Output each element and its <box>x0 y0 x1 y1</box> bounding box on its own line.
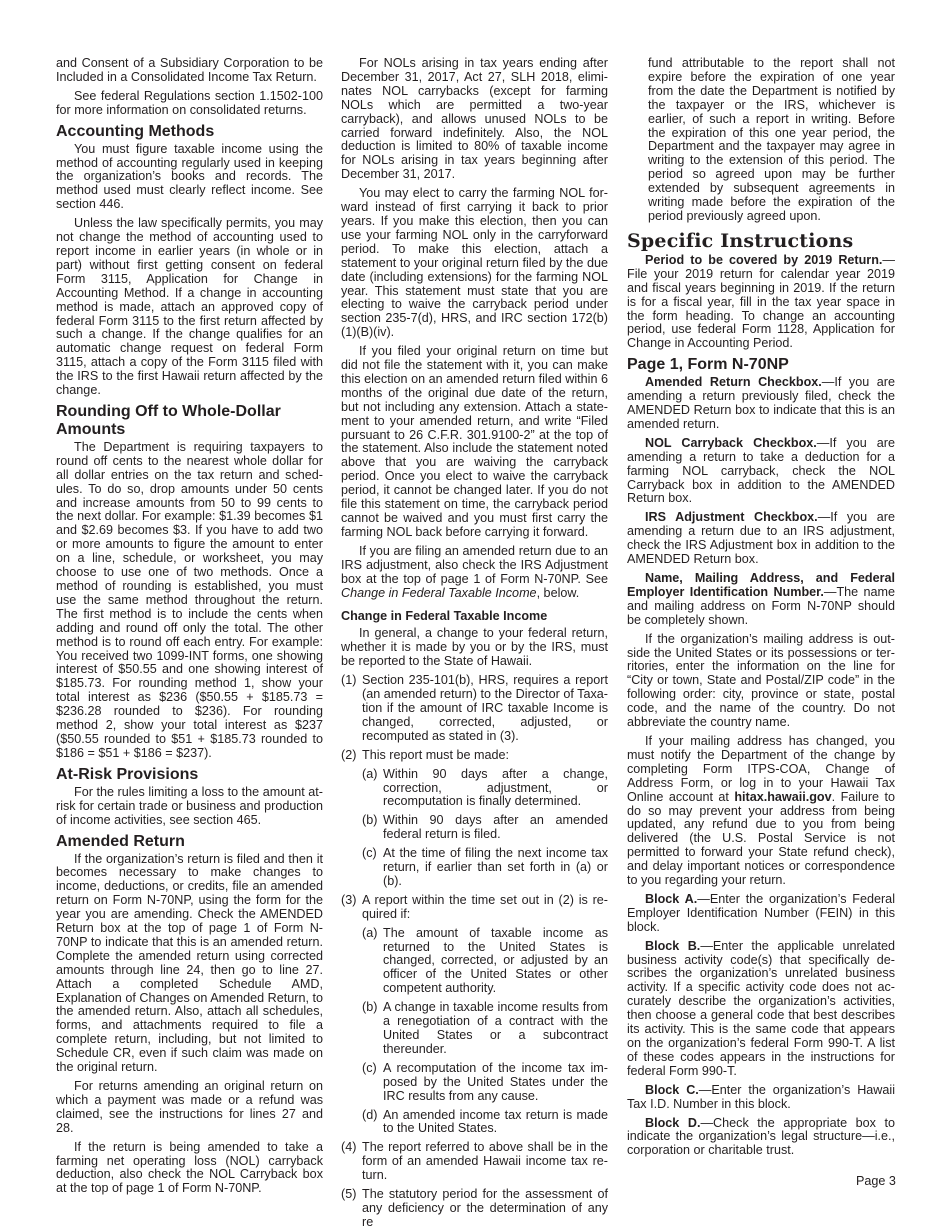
list-text: A change in taxable income results from … <box>383 1000 608 1056</box>
list-item-2b: (b)Within 90 days after an amended feder… <box>341 814 608 842</box>
list-text: The amount of taxable income as returned… <box>383 926 608 996</box>
list-number: (d) <box>362 1109 377 1123</box>
list-number: (1) <box>341 674 356 688</box>
list-number: (b) <box>362 814 377 828</box>
list-number: (3) <box>341 894 356 908</box>
amended-checkbox-run-in: Amended Return Checkbox. <box>645 375 822 389</box>
amended-paragraph-1: If the organization’s return is filed an… <box>56 853 323 1076</box>
list-number: (c) <box>362 847 377 861</box>
outside-us-paragraph: If the organization’s mailing address is… <box>627 633 895 730</box>
block-d-run-in: Block D. <box>645 1116 700 1130</box>
irs-checkbox-run-in: IRS Adjustment Checkbox. <box>645 510 818 524</box>
list-number: (4) <box>341 1141 356 1155</box>
page-number: Page 3 <box>856 1174 896 1188</box>
nol-paragraph-1: For NOLs arising in tax years ending aft… <box>341 57 608 182</box>
nol-paragraph-3: If you filed your original return on tim… <box>341 345 608 540</box>
irs-adjustment-tail: , below. <box>537 586 580 600</box>
period-run-in: Period to be covered by 2019 Return. <box>645 253 882 267</box>
amended-checkbox-paragraph: Amended Return Checkbox.—If you are amen… <box>627 376 895 432</box>
list-number: (5) <box>341 1188 356 1202</box>
nol-paragraph-2: You may elect to carry the farming NOL f… <box>341 187 608 340</box>
block-c-paragraph: Block C.—Enter the organization’s Hawaii… <box>627 1084 895 1112</box>
list-item-2a: (a)Within 90 days after a change, correc… <box>341 768 608 810</box>
heading-amended-return: Amended Return <box>56 833 323 851</box>
period-paragraph: Period to be covered by 2019 Return.—Fil… <box>627 254 895 351</box>
block-b-paragraph: Block B.—Enter the applicable unrelated … <box>627 940 895 1079</box>
list-number: (a) <box>362 927 377 941</box>
list-number: (b) <box>362 1001 377 1015</box>
irs-adjustment-text: If you are filing an amended return due … <box>341 544 608 586</box>
list-item-1: (1)Section 235-101(b), HRS, requires a r… <box>341 674 608 744</box>
amended-paragraph-2: For returns amending an original return … <box>56 1080 323 1136</box>
list-item-3c: (c)A recomputation of the income tax im­… <box>341 1062 608 1104</box>
list-item-3: (3)A report within the time set out in (… <box>341 894 608 922</box>
column-left: and Consent of a Subsidiary Corporation … <box>56 57 323 1201</box>
list-text: Section 235-101(b), HRS, requires a repo… <box>362 673 608 743</box>
address-changed-paragraph: If your mailing address has changed, you… <box>627 735 895 888</box>
list-number: (c) <box>362 1062 377 1076</box>
block-c-run-in: Block C. <box>645 1083 699 1097</box>
column-middle: For NOLs arising in tax years ending aft… <box>341 57 608 1230</box>
period-text: —File your 2019 return for calendar year… <box>627 253 895 350</box>
list-text: The statutory period for the assessment … <box>362 1187 608 1229</box>
list-text: At the time of filing the next income ta… <box>383 846 608 888</box>
nol-checkbox-paragraph: NOL Carryback Checkbox.—If you are amend… <box>627 437 895 507</box>
accounting-paragraph-2: Unless the law specifically permits, you… <box>56 217 323 398</box>
block-b-run-in: Block B. <box>645 939 700 953</box>
heading-at-risk: At-Risk Provisions <box>56 766 323 784</box>
list-item-3d: (d)An amended income tax return is made … <box>341 1109 608 1137</box>
accounting-paragraph-1: You must figure taxable income using the… <box>56 143 323 213</box>
name-address-paragraph: Name, Mailing Address, and Federal Emplo… <box>627 572 895 628</box>
heading-page1-form: Page 1, Form N-70NP <box>627 356 895 374</box>
block-b-text: —Enter the applicable unrelated business… <box>627 939 895 1078</box>
list-text: An amended income tax return is made to … <box>383 1108 608 1136</box>
list-item-3a: (a)The amount of taxable income as retur… <box>341 927 608 997</box>
address-changed-tail: . Failure to do so may prevent your addr… <box>627 790 895 887</box>
heading-accounting-methods: Accounting Methods <box>56 123 323 141</box>
change-intro-paragraph: In general, a change to your federal ret… <box>341 627 608 669</box>
list-item-5: (5)The statutory period for the assessme… <box>341 1188 608 1230</box>
amended-paragraph-3: If the return is being amended to take a… <box>56 1141 323 1197</box>
change-reference-link: Change in Federal Taxable Income <box>341 586 537 600</box>
list-text: This report must be made: <box>362 748 509 762</box>
block-a-run-in: Block A. <box>645 892 697 906</box>
irs-adjustment-paragraph: If you are filing an amended return due … <box>341 545 608 601</box>
list-text: A recomputation of the income tax im­pos… <box>383 1061 608 1103</box>
block-d-paragraph: Block D.—Check the appropriate box to in… <box>627 1117 895 1159</box>
list-item-3b: (b)A change in taxable income results fr… <box>341 1001 608 1057</box>
list-item-2: (2)This report must be made: <box>341 749 608 763</box>
at-risk-paragraph: For the rules limiting a loss to the amo… <box>56 786 323 828</box>
consolidated-return-continuation: and Consent of a Subsidiary Corporation … <box>56 57 323 85</box>
heading-rounding: Rounding Off to Whole-Dollar Amounts <box>56 403 323 439</box>
heading-change-federal-income: Change in Federal Taxable Income <box>341 609 608 623</box>
list-item-4: (4)The report referred to above shall be… <box>341 1141 608 1183</box>
hitax-link[interactable]: hitax.hawaii.gov <box>734 790 831 804</box>
regulations-paragraph: See federal Regulations section 1.1502-1… <box>56 90 323 118</box>
block-a-paragraph: Block A.—Enter the organization’s Federa… <box>627 893 895 935</box>
nol-checkbox-run-in: NOL Carryback Checkbox. <box>645 436 817 450</box>
list-text: A report within the time set out in (2) … <box>362 893 608 921</box>
column-right: fund attributable to the report shall no… <box>627 57 895 1163</box>
list-number: (a) <box>362 768 377 782</box>
list-item-2c: (c)At the time of filing the next income… <box>341 847 608 889</box>
rounding-paragraph: The Department is requiring taxpayers to… <box>56 441 323 761</box>
irs-checkbox-paragraph: IRS Adjustment Checkbox.—If you are amen… <box>627 511 895 567</box>
heading-specific-instructions: Specific Instructions <box>627 230 895 252</box>
list-text: Within 90 days after an amended federal … <box>383 813 608 841</box>
list-item-5-continuation: fund attributable to the report shall no… <box>627 57 895 224</box>
list-text: Within 90 days after a change, correctio… <box>383 767 608 809</box>
list-text: The report referred to above shall be in… <box>362 1140 608 1182</box>
list-number: (2) <box>341 749 356 763</box>
